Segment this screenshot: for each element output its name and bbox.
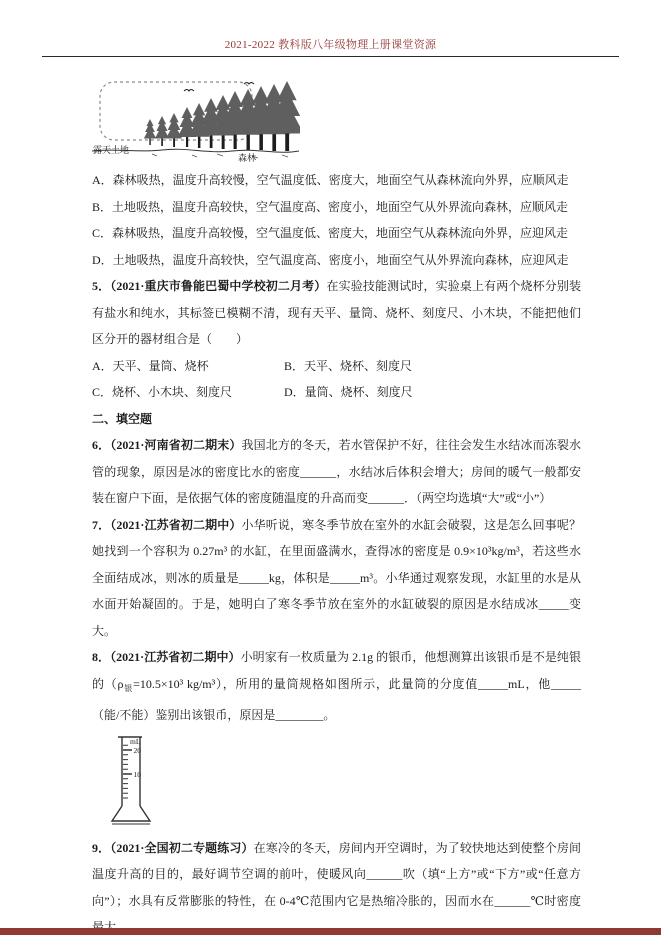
measuring-cylinder-drawing: mL 20 10 bbox=[106, 733, 158, 833]
forest-trees bbox=[144, 81, 300, 151]
worksheet-page: 2021-2022 教科版八年级物理上册课堂资源 bbox=[0, 0, 661, 935]
q4-option-c: C．森林吸热，温度升高较慢，空气温度低、密度大，地面空气从森林流向外界，应迎风走 bbox=[92, 220, 581, 247]
q5-option-b: B．天平、烧杯、刻度尺 bbox=[284, 359, 412, 373]
forest-figure-drawing: 露天土地 森林 bbox=[92, 77, 300, 165]
cylinder-unit-label: mL bbox=[130, 737, 141, 746]
q5-options-row-2: C．烧杯、小木块、刻度尺D．量筒、烧杯、刻度尺 bbox=[92, 379, 581, 406]
q4-option-a: A．森林吸热，温度升高较慢，空气温度低、密度大，地面空气从森林流向外界，应顺风走 bbox=[92, 167, 581, 194]
q8-source-tag: 8．（2021·江苏省初二期中） bbox=[92, 650, 241, 664]
cylinder-base bbox=[112, 806, 150, 821]
q6-stem: 6．（2021·河南省初二期末）我国北方的冬天，若水管保护不好，往往会发生水结冰… bbox=[92, 432, 581, 512]
q8-rho-subscript: 银 bbox=[124, 684, 134, 693]
cylinder-tick-label-20: 20 bbox=[134, 746, 142, 755]
page-header-title: 2021-2022 教科版八年级物理上册课堂资源 bbox=[0, 36, 661, 52]
q7-question-text: 小华听说，寒冬季节放在室外的水缸会破裂，这是怎么回事呢？她找到一个容积为 0.2… bbox=[92, 518, 581, 638]
forest-figure-label-forest: 森林 bbox=[238, 152, 256, 163]
ground-hatch bbox=[152, 154, 288, 158]
q5-option-d: D．量筒、烧杯、刻度尺 bbox=[284, 385, 413, 399]
footer-accent-bar bbox=[0, 928, 661, 935]
q8-stem: 8．（2021·江苏省初二期中）小明家有一枚质量为 2.1g 的银币，他想测算出… bbox=[92, 644, 581, 729]
q4-option-d: D．土地吸热，温度升高较快，空气温度高、密度小，地面空气从外界流向森林，应迎风走 bbox=[92, 247, 581, 274]
q9-stem: 9．（2021·全国初二专题练习）在寒冷的冬天，房间内开空调时，为了较快地达到使… bbox=[92, 835, 581, 935]
q5-option-a: A．天平、量筒、烧杯 bbox=[92, 353, 284, 380]
q7-source-tag: 7．（2021·江苏省初二期中） bbox=[92, 518, 242, 532]
bird-icon bbox=[184, 90, 194, 92]
forest-figure: 露天土地 森林 bbox=[92, 77, 581, 165]
q5-source-tag: 5．（2021·重庆市鲁能巴蜀中学校初二月考） bbox=[92, 279, 326, 293]
bird-icon bbox=[244, 83, 254, 85]
q5-options-row-1: A．天平、量筒、烧杯B．天平、烧杯、刻度尺 bbox=[92, 353, 581, 380]
q5-stem: 5．（2021·重庆市鲁能巴蜀中学校初二月考）在实验技能测试时，实验桌上有两个烧… bbox=[92, 273, 581, 353]
cylinder-tick-label-10: 10 bbox=[134, 770, 142, 779]
worksheet-content: 露天土地 森林 A．森林吸热，温度升高较慢，空气温度低、密度大，地面空气从森林流… bbox=[0, 57, 661, 935]
q7-stem: 7．（2021·江苏省初二期中）小华听说，寒冬季节放在室外的水缸会破裂，这是怎么… bbox=[92, 512, 581, 645]
q9-source-tag: 9．（2021·全国初二专题练习） bbox=[92, 841, 254, 855]
measuring-cylinder-figure: mL 20 10 bbox=[106, 733, 581, 833]
q4-option-b: B．土地吸热，温度升高较快，空气温度高、密度小，地面空气从外界流向森林，应顺风走 bbox=[92, 194, 581, 221]
q8-question-text-2: =10.5×10³ kg/m³），所用的量筒规格如图所示，此量筒的分度值____… bbox=[92, 677, 581, 723]
q6-source-tag: 6．（2021·河南省初二期末） bbox=[92, 438, 242, 452]
section-title-fill-in-blanks: 二、填空题 bbox=[92, 406, 581, 433]
cylinder-minor-ticks bbox=[123, 745, 128, 798]
page-header: 2021-2022 教科版八年级物理上册课堂资源 bbox=[0, 0, 661, 57]
cylinder-major-ticks bbox=[123, 750, 132, 774]
forest-figure-label-open-land: 露天土地 bbox=[93, 144, 129, 155]
q5-option-c: C．烧杯、小木块、刻度尺 bbox=[92, 379, 284, 406]
